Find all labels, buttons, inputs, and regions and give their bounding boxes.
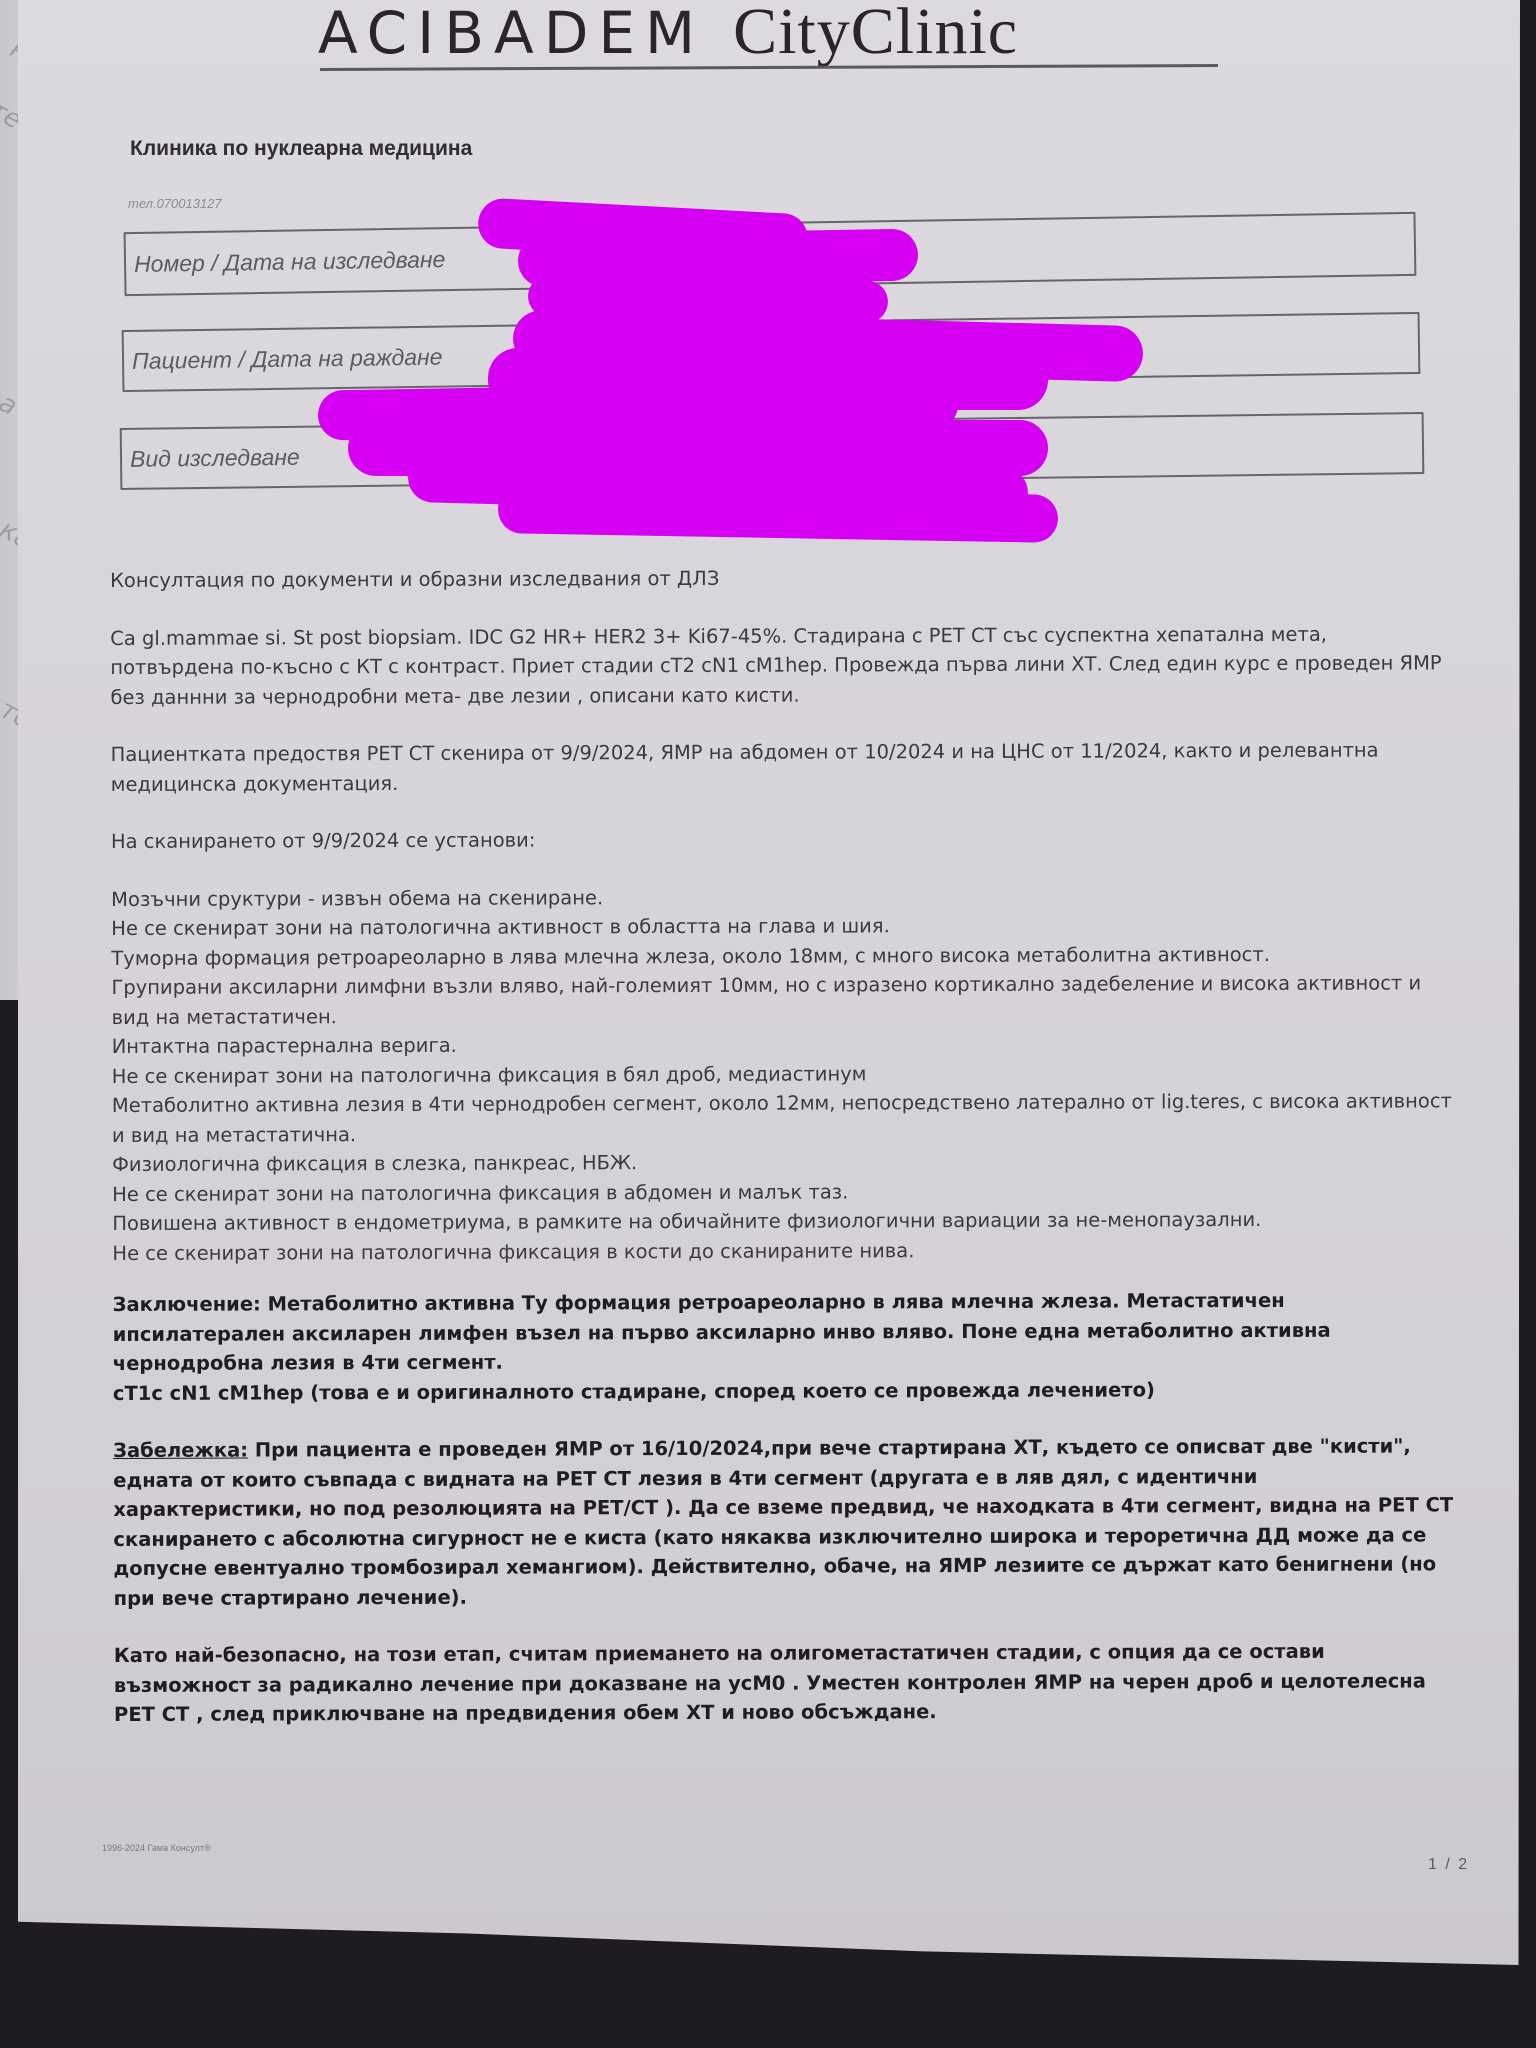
finding-item: Не се скенират зони на патологична актив… — [111, 909, 1451, 943]
page-number: 1 / 2 — [1428, 1856, 1469, 1874]
clinic-logo: ACIBADEMCityClinic — [318, 0, 1018, 70]
finding-item: Не се скенират зони на патологична фикса… — [112, 1234, 1452, 1268]
exam-number-date-label: Номер / Дата на изследване — [134, 246, 446, 278]
phone-reference: тел.070013127 — [128, 196, 222, 211]
finding-item: Не се скенират зони на патологична фикса… — [112, 1175, 1452, 1209]
finding-item: Групирани аксиларни лимфни възли вляво, … — [111, 968, 1451, 1032]
conclusion-text: Заключение: Метаболитно активна Ту форма… — [113, 1285, 1453, 1378]
finding-item: Не се скенират зони на патологична фикса… — [112, 1057, 1452, 1091]
note-text: При пациента е проведен ЯМР от 16/10/202… — [113, 1434, 1453, 1609]
logo-cityclinic: CityClinic — [733, 0, 1018, 68]
findings-list: Мозъчни срук­тури - извън обема на скени… — [111, 880, 1452, 1268]
document-page: ACIBADEMCityClinic Клиника по нуклеарна … — [18, 0, 1520, 1965]
finding-item: Повишена активност в ендометриума, в рам… — [112, 1204, 1452, 1238]
report-body: Консултация по документи и образни изсле… — [110, 561, 1454, 1757]
note-block: Забележка: При пациента е проведен ЯМР о… — [113, 1431, 1454, 1613]
department-title: Клиника по нуклеарна медицина — [130, 137, 472, 161]
finding-item: Туморна формация ретроареоларно в лява м… — [111, 939, 1451, 973]
note-label: Забележка: — [113, 1439, 248, 1462]
exam-type-label: Вид изследване — [130, 443, 300, 472]
copyright-footer: 1996-2024 Гама Консулт® — [102, 1843, 211, 1853]
finding-item: Мозъчни срук­тури - извън обема на скени… — [111, 880, 1451, 914]
patient-birthdate-label: Пациент / Дата на раждане — [132, 343, 443, 374]
staging-text: cT1c cN1 cM1hep (това е и оригиналното с… — [113, 1374, 1453, 1408]
clinical-history: Ca gl.mammae si. St post biopsiam. IDC G… — [110, 619, 1450, 712]
finding-item: Метаболитно активна лезия в 4ти чернодро… — [112, 1086, 1452, 1150]
scan-intro: На сканирането от 9/9/2024 се установи: — [111, 822, 1451, 856]
logo-acibadem: ACIBADEM — [318, 0, 705, 67]
finding-item: Интактна парастернална верига. — [112, 1027, 1452, 1061]
conclusion-block: Заключение: Метаболитно активна Ту форма… — [113, 1285, 1453, 1408]
provided-documents: Пациентката предоствя PET CT скенира от … — [111, 735, 1451, 799]
finding-item: Физиологична фиксация в слезка, панкреас… — [112, 1145, 1452, 1179]
consultation-intro: Консултация по документи и образни изсле… — [110, 561, 1450, 595]
recommendation-text: Като най-безопасно, на този етап, считам… — [114, 1636, 1454, 1729]
